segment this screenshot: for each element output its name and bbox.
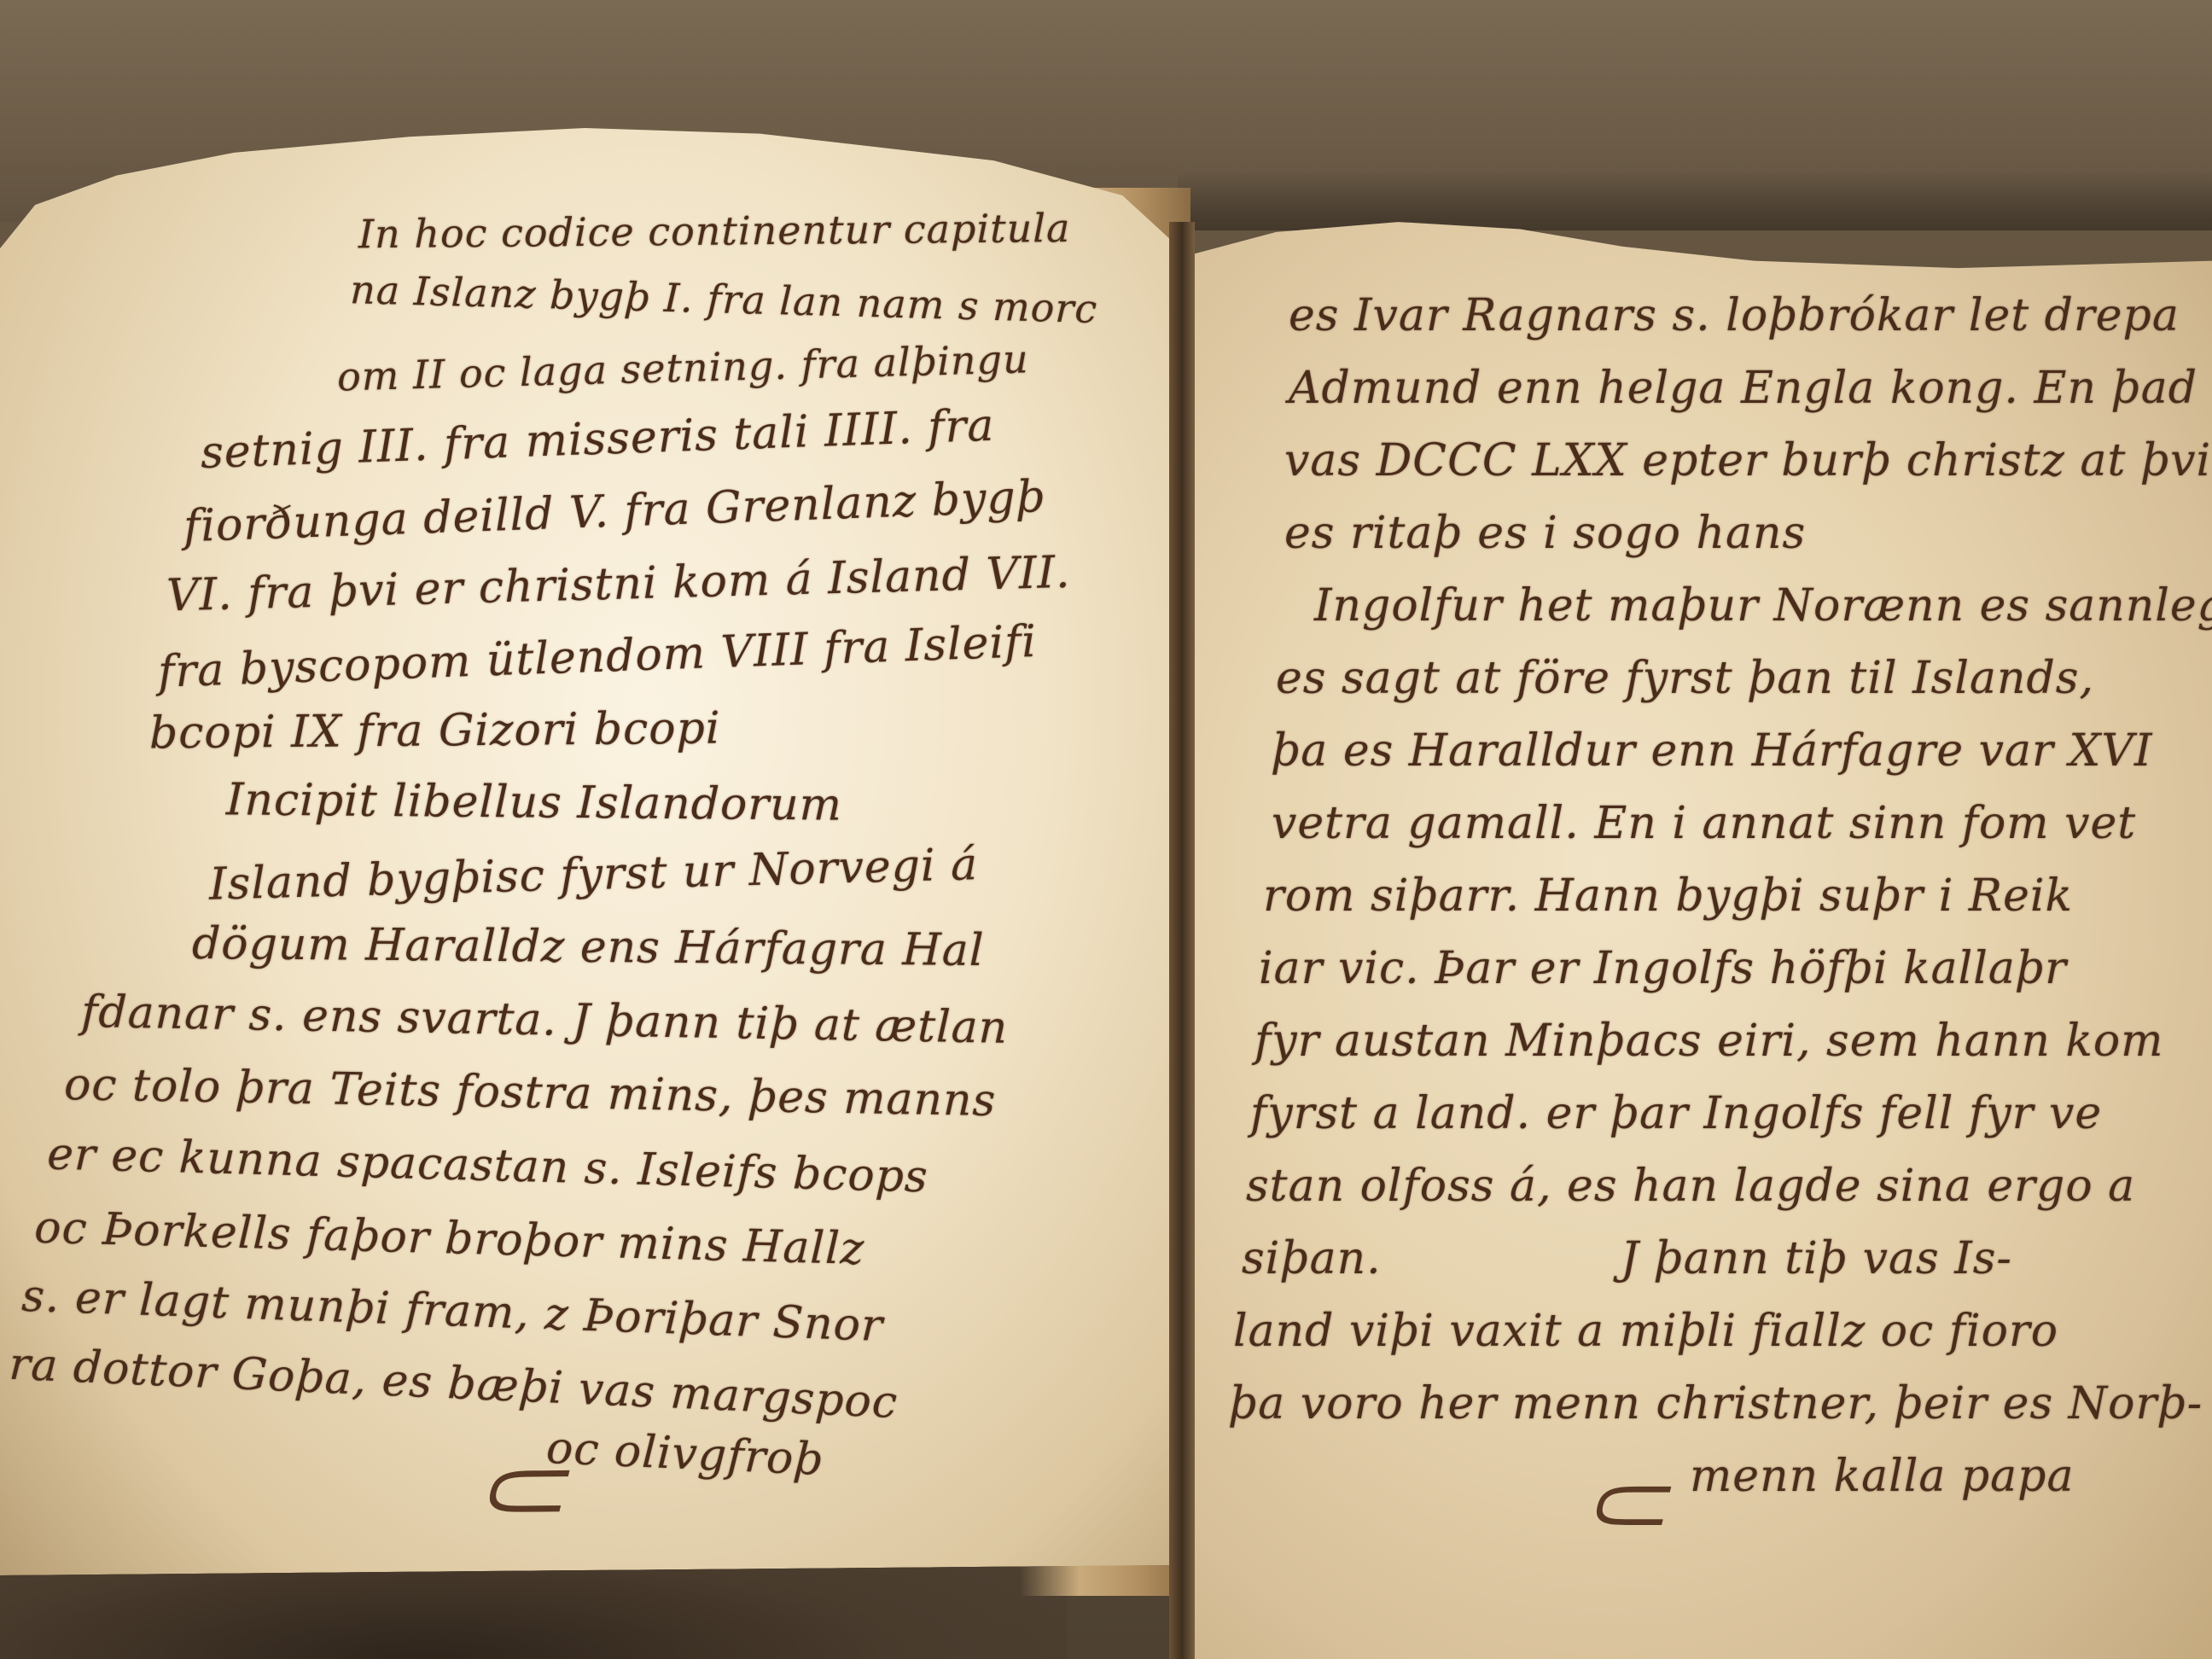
left-line-15: oc Þorkells faþor broþor mins Hallz xyxy=(33,1202,865,1275)
right-line-13: stan olfoss á, es han lagde sina ergo a xyxy=(1246,1161,2135,1212)
right-line-3: vas DCCC LXX epter burþ christz at þvi xyxy=(1284,435,2211,486)
left-line-11: dögum Haralldz ens Hárfagra Hal xyxy=(192,918,985,976)
right-line-7: þa es Haralldur enn Hárfagre var XVI xyxy=(1272,725,2153,777)
left-line-3: om II oc laga setning. fra alþingu xyxy=(337,335,1029,399)
end-flourish-right: ⸦ xyxy=(1562,1421,1681,1584)
left-line-14: er ec kunna spacastan s. Isleifs bcops xyxy=(46,1128,928,1202)
right-line-11: fyr austan Minþacs eiri, sem hann kom xyxy=(1254,1016,2163,1067)
right-line-15: land viþi vaxit a miþli fiallz oc fioro xyxy=(1233,1306,2058,1357)
left-line-13: oc tolo þra Teits fostra mins, þes manns xyxy=(63,1059,997,1126)
right-line-9: rom siþarr. Hann bygþi suþr i Reik xyxy=(1263,870,2073,922)
right-line-14: siþan. J þann tiþ vas Is- xyxy=(1242,1233,2012,1284)
left-line-1: In hoc codice continentur capitula xyxy=(358,205,1070,257)
right-line-4: es ritaþ es i sogo hans xyxy=(1284,508,1806,559)
end-flourish-left: ⸦ xyxy=(452,1400,580,1575)
right-line-16: þa voro her menn christner, þeir es Norþ… xyxy=(1229,1378,2203,1429)
left-line-7: fra byscopom ütlendom VIII fra Isleifi xyxy=(157,616,1037,698)
left-line-5: fiorðunga deilld V. fra Grenlanz bygþ xyxy=(183,471,1045,552)
right-page: es Ivar Ragnars s. loþbrókar let drepa A… xyxy=(1195,218,2212,1659)
right-line-12: fyrst a land. er þar Ingolfs fell fyr ve xyxy=(1250,1088,2102,1139)
left-line-6: VI. fra þvi er christni kom á Island VII… xyxy=(166,547,1072,622)
left-line-2: na Islanz bygþ I. fra lan nam s morc xyxy=(349,266,1098,332)
right-line-10: iar vic. Þar er Ingolfs höfþi kallaþr xyxy=(1259,943,2067,994)
right-line-6: es sagt at före fyrst þan til Islands, xyxy=(1276,653,2094,704)
right-line-17: menn kalla papa xyxy=(1690,1451,2074,1502)
left-line-8: bcopi IX fra Gizori bcopi xyxy=(149,703,720,760)
left-line-4: setnig III. fra misseris tali IIII. fra xyxy=(200,400,995,479)
left-line-16: s. er lagt munþi fram, z Þoriþar Snor xyxy=(20,1271,884,1352)
right-line-5: Ingolfur het maþur Norænn es sannlega xyxy=(1314,580,2212,632)
left-line-10: Island bygþisc fyrst ur Norvegi á xyxy=(209,839,979,911)
book-spine-gutter xyxy=(1169,222,1195,1659)
left-page: In hoc codice continentur capitula na Is… xyxy=(0,123,1169,1575)
left-line-9-heading: Incipit libellus Islandorum xyxy=(226,774,843,830)
left-line-12: fdanar s. ens svarta. J þann tiþ at ætla… xyxy=(80,987,1009,1054)
left-line-18: oc olivgfroþ xyxy=(545,1423,825,1486)
right-line-2: Admund enn helga Engla kong. En þad xyxy=(1289,363,2197,414)
right-line-1: es Ivar Ragnars s. loþbrókar let drepa xyxy=(1289,290,2180,341)
right-line-8: vetra gamall. En i annat sinn fom vet xyxy=(1272,798,2136,849)
